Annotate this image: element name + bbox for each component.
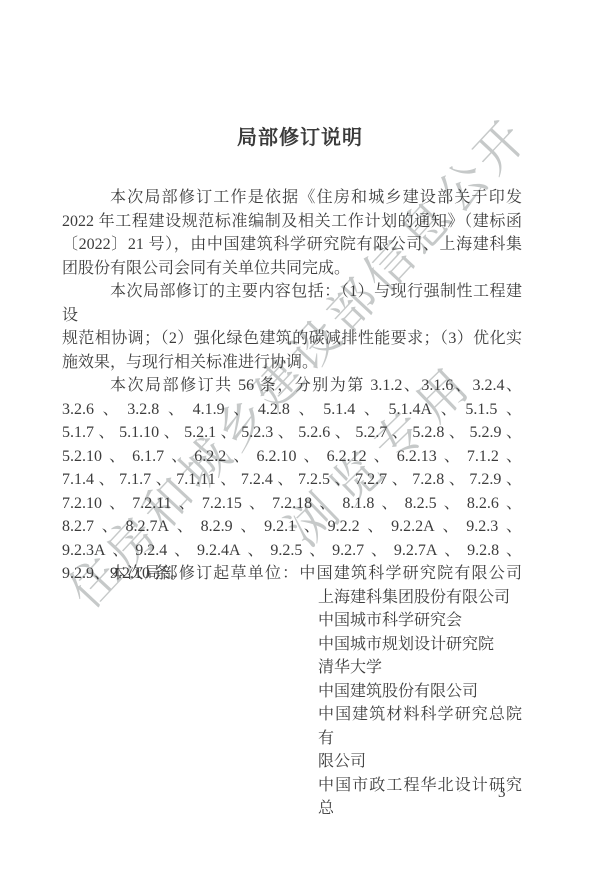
text-line: 本次局部修订工作是依据《住房和城乡建设部关于印发 — [62, 186, 522, 210]
drafting-unit-line: 中国城市科学研究会 — [318, 609, 522, 633]
page-number: 3 — [498, 785, 506, 802]
drafting-unit-line: 中国市政工程华北设计研究总 — [318, 774, 522, 821]
text-line: 施效果，与现行相关标准进行协调。 — [62, 351, 522, 375]
drafting-unit-line: 中国城市规划设计研究院 — [318, 633, 522, 657]
text-line: 7.2.10、7.2.11、7.2.15、7.2.18、8.1.8、8.2.5、… — [62, 492, 522, 516]
text-line: 〔2022〕21 号），由中国建筑科学研究院有限公司、上海建科集 — [62, 233, 522, 257]
text-line: 本次局部修订共 56 条，分别为第 3.1.2、3.1.6、3.2.4、 — [62, 374, 522, 398]
drafting-units-section: 本次局部修订起草单位：中国建筑科学研究院有限公司 上海建科集团股份有限公司中国城… — [62, 562, 522, 821]
text-line: 3.2.6、3.2.8、4.1.9、4.2.8、5.1.4、5.1.4A、5.1… — [62, 398, 522, 422]
document-page: 住房和城乡建设部信息公开 浏览专用 局部修订说明 本次局部修订工作是依据《住房和… — [0, 0, 600, 869]
page-title: 局部修订说明 — [0, 121, 600, 150]
drafting-unit-line: 上海建科集团股份有限公司 — [318, 586, 522, 610]
body-paragraphs: 本次局部修订工作是依据《住房和城乡建设部关于印发2022 年工程建设规范标准编制… — [62, 186, 522, 586]
text-line: 规范相协调；（2）强化绿色建筑的碳减排性能要求；（3）优化实 — [62, 327, 522, 351]
text-line: 团股份有限公司会同有关单位共同完成。 — [62, 257, 522, 281]
drafting-unit-line: 清华大学 — [318, 656, 522, 680]
text-line: 2022 年工程建设规范标准编制及相关工作计划的通知》（建标函 — [62, 210, 522, 234]
text-line: 8.2.7、8.2.7A、8.2.9、9.2.1、9.2.2、9.2.2A、9.… — [62, 515, 522, 539]
drafting-unit-line: 中国建筑材料科学研究总院有 — [318, 703, 522, 750]
text-line: 7.1.4、7.1.7、7.1.11、7.2.4、7.2.5、7.2.7、7.2… — [62, 468, 522, 492]
drafting-unit-line: 限公司 — [318, 750, 522, 774]
text-line: 5.1.7、5.1.10、5.2.1、5.2.3、5.2.6、5.2.7、5.2… — [62, 421, 522, 445]
text-line: 5.2.10、6.1.7、6.2.2、6.2.10、6.2.12、6.2.13、… — [62, 445, 522, 469]
text-line: 9.2.3A、9.2.4、9.2.4A、9.2.5、9.2.7、9.2.7A、9… — [62, 539, 522, 563]
drafting-units-list: 上海建科集团股份有限公司中国城市科学研究会中国城市规划设计研究院清华大学中国建筑… — [62, 586, 522, 821]
drafting-unit-line: 中国建筑股份有限公司 — [318, 680, 522, 704]
text-line: 本次局部修订的主要内容包括：（1）与现行强制性工程建设 — [62, 280, 522, 327]
drafting-units-intro-line: 本次局部修订起草单位：中国建筑科学研究院有限公司 — [62, 562, 522, 586]
